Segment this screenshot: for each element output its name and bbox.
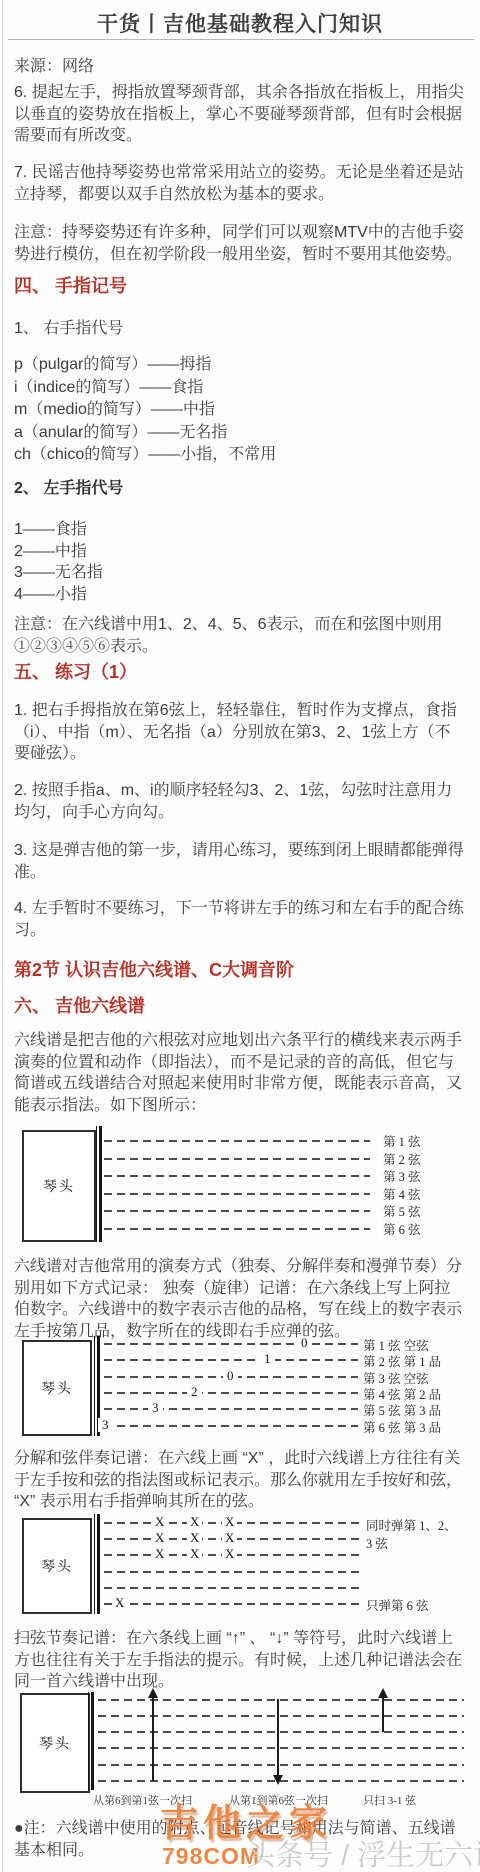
- x-mark: X: [222, 1531, 237, 1545]
- page-left-edge: [2, 0, 3, 1872]
- list-item: 2——中指: [14, 541, 466, 563]
- left-finger-list: 1——食指 2——中指 3——无名指 4——小指: [14, 519, 466, 605]
- string-label-5: 第 5 弦: [383, 1202, 421, 1220]
- diagram-six-lines: 琴头 第 1 弦 第 2 弦 第 3 弦 第 4 弦 第 5 弦 第 6 弦: [14, 1126, 466, 1248]
- string-line-6: [104, 1228, 370, 1230]
- x-mark: X: [187, 1547, 202, 1561]
- list-item: 4——小指: [14, 584, 466, 606]
- x-mark: X: [187, 1531, 202, 1545]
- list-item: m（medio的简写）——中指: [14, 399, 466, 422]
- practice-step-4: 4. 左手暂时不要练习，下一节将讲左手的练习和左右手的配合练习。: [14, 898, 466, 941]
- guitar-head-box: 琴头: [22, 1340, 92, 1436]
- fret-number: 2: [187, 1385, 202, 1399]
- source-line: 来源：网络: [14, 56, 466, 78]
- note-string-numbers: 注意：在六线谱中用1、2、4、5、6表示，而在和弦图中则用①②③④⑤⑥表示。: [14, 614, 466, 657]
- paragraph-tab-intro: 六线谱是把吉他的六根弦对应地划出六条平行的横线来表示两手演奏的位置和动作（即指法…: [14, 1030, 466, 1116]
- string-label-6: 第 6 弦: [383, 1220, 421, 1238]
- list-item: p（pulgar的简写）——拇指: [14, 354, 466, 377]
- list-item: i（indice的简写）——食指: [14, 377, 466, 400]
- string-line-2: [104, 1359, 358, 1361]
- article-title: 干货丨吉他基础教程入门知识: [0, 8, 480, 38]
- down-arrow-shaft: [277, 1699, 279, 1777]
- x-mark: X: [112, 1596, 127, 1610]
- string-line-4: [104, 1392, 358, 1394]
- up-arrow-icon: [378, 1688, 388, 1698]
- string-line-5: [104, 1587, 364, 1589]
- string-line-6: [104, 1425, 358, 1427]
- annotation-play-123-line1: 同时弹第 1、2、: [366, 1516, 457, 1534]
- x-mark: X: [222, 1547, 237, 1561]
- paragraph-solo-notation: 六线谱对吉他常用的演奏方式（独奏、分解伴奏和漫弹节奏）分别用如下方式记录： 独奏…: [14, 1256, 466, 1342]
- down-arrow-icon: [273, 1775, 283, 1785]
- string-label-2: 第 2 弦: [383, 1150, 421, 1168]
- practice-step-3: 3. 这是弹吉他的第一步，请用心练习，要练到闭上眼睛都能弹得准。: [14, 840, 466, 883]
- guitar-head-box: 琴头: [22, 1518, 92, 1614]
- x-mark: X: [152, 1515, 167, 1529]
- title-divider: [8, 39, 474, 40]
- up-arrow-shaft: [152, 1696, 154, 1781]
- note-posture: 注意：持琴姿势还有许多种，同学们可以观察MTV中的吉他手姿势进行模仿，但在初学阶…: [14, 222, 466, 265]
- list-item: 1——食指: [14, 519, 466, 541]
- practice-step-1: 1. 把右手拇指放在第6弦上，轻轻靠住，暂时作为支撑点，食指（i）、中指（m）、…: [14, 700, 466, 765]
- fret-number: 1: [260, 1352, 275, 1366]
- x-mark: X: [152, 1531, 167, 1545]
- paragraph-left-hand: 6. 提起左手，拇指放置琴颈背部，其余各指放在指板上，用指尖以垂直的姿势放在指板…: [14, 82, 466, 147]
- guitar-head-box: 琴头: [22, 1130, 96, 1242]
- nut-line-thick: [99, 1126, 102, 1242]
- string-line-5: [104, 1408, 358, 1410]
- string-fret-label-6: 第 6 弦 第 3 品: [363, 1418, 441, 1436]
- annotation-play-6: 只弹第 6 弦: [366, 1596, 429, 1614]
- list-item: 3——无名指: [14, 562, 466, 584]
- up-arrow-shaft: [382, 1696, 384, 1732]
- watermark-byline: 头条号 / 浮生无六记: [246, 1833, 480, 1872]
- heading-finger-marks: 四、 手指记号: [14, 276, 466, 298]
- annotation-play-123-line2: 3 弦: [366, 1534, 388, 1552]
- nut-line-thin: [88, 1692, 89, 1790]
- string-line-5: [104, 1210, 370, 1212]
- string-line-1: [104, 1140, 370, 1142]
- x-mark: X: [187, 1515, 202, 1529]
- list-item: a（anular的简写）——无名指: [14, 422, 466, 445]
- string-line-3: [104, 1175, 370, 1177]
- heading-tab: 六、 吉他六线谱: [14, 996, 466, 1018]
- nut-line-thin: [94, 1514, 95, 1614]
- article-page: 干货丨吉他基础教程入门知识 来源：网络 6. 提起左手，拇指放置琴颈背部，其余各…: [0, 0, 480, 1872]
- heading-practice-1: 五、 练习（1）: [14, 662, 466, 684]
- practice-step-2: 2. 按照手指a、m、i的顺序轻轻勾3、2、1弦，勾弦时注意用力均匀，向手心方向…: [14, 780, 466, 823]
- paragraph-chord-notation: 分解和弦伴奏记谱：在六线上画 “X” ，此时六线谱上方往往有关于左手按和弦的指法…: [14, 1448, 466, 1513]
- up-arrow-icon: [148, 1688, 158, 1698]
- paragraph-standing-posture: 7. 民谣吉他持琴姿势也常常采用站立的姿势。无论是坐着还是站立持琴，都要以双手自…: [14, 162, 466, 205]
- heading-section-2: 第2节 认识吉他六线谱、C大调音阶: [14, 960, 466, 982]
- string-line-2: [104, 1158, 370, 1160]
- x-mark: X: [152, 1547, 167, 1561]
- string-fret-label-5: 第 5 弦 第 3 品: [363, 1401, 441, 1419]
- fret-number: 3: [148, 1401, 163, 1415]
- string-line-4: [104, 1193, 370, 1195]
- nut-line-thick: [91, 1692, 94, 1790]
- string-label-4: 第 4 弦: [383, 1185, 421, 1203]
- fret-number: 0: [223, 1369, 238, 1383]
- right-finger-list: p（pulgar的简写）——拇指 i（indice的简写）——食指 m（medi…: [14, 354, 466, 467]
- diagram-x-marks: 琴头 X X X X X X X X X X 同时弹第 1、2、 3 弦 只弹第…: [14, 1514, 466, 1614]
- string-fret-label-2: 第 2 弦 第 1 品: [363, 1352, 441, 1370]
- nut-line-thin: [96, 1126, 97, 1242]
- string-line-1: [104, 1343, 358, 1345]
- fret-number: 3: [98, 1418, 113, 1432]
- guitar-head-box: 琴头: [20, 1693, 90, 1793]
- subheading-right-fingers: 1、 右手指代号: [14, 318, 466, 340]
- string-label-3: 第 3 弦: [383, 1167, 421, 1185]
- diagram-solo-numbers: 琴头 0 1 0 2 3 3 第 1 弦 空弦 第 2 弦 第 1 品 第 3 …: [14, 1336, 466, 1438]
- fret-number: 0: [297, 1336, 312, 1350]
- string-label-1: 第 1 弦: [383, 1132, 421, 1150]
- x-mark: X: [222, 1515, 237, 1529]
- caption-sweep-3-to-1: 只扫 3-1 弦: [363, 1792, 416, 1808]
- nut-line-thin: [94, 1336, 95, 1436]
- paragraph-strum-notation: 扫弦节奏记谱：在六条线上画 “↑” 、 “↓” 等符号，此时六线谱上方也往往有关…: [14, 1628, 466, 1693]
- nut-line-thick: [97, 1514, 100, 1614]
- list-item: ch（chico的简写）——小指，不常用: [14, 444, 466, 467]
- subheading-left-fingers: 2、 左手指代号: [14, 478, 466, 500]
- string-line-4: [104, 1571, 364, 1573]
- string-line-6: [104, 1603, 364, 1605]
